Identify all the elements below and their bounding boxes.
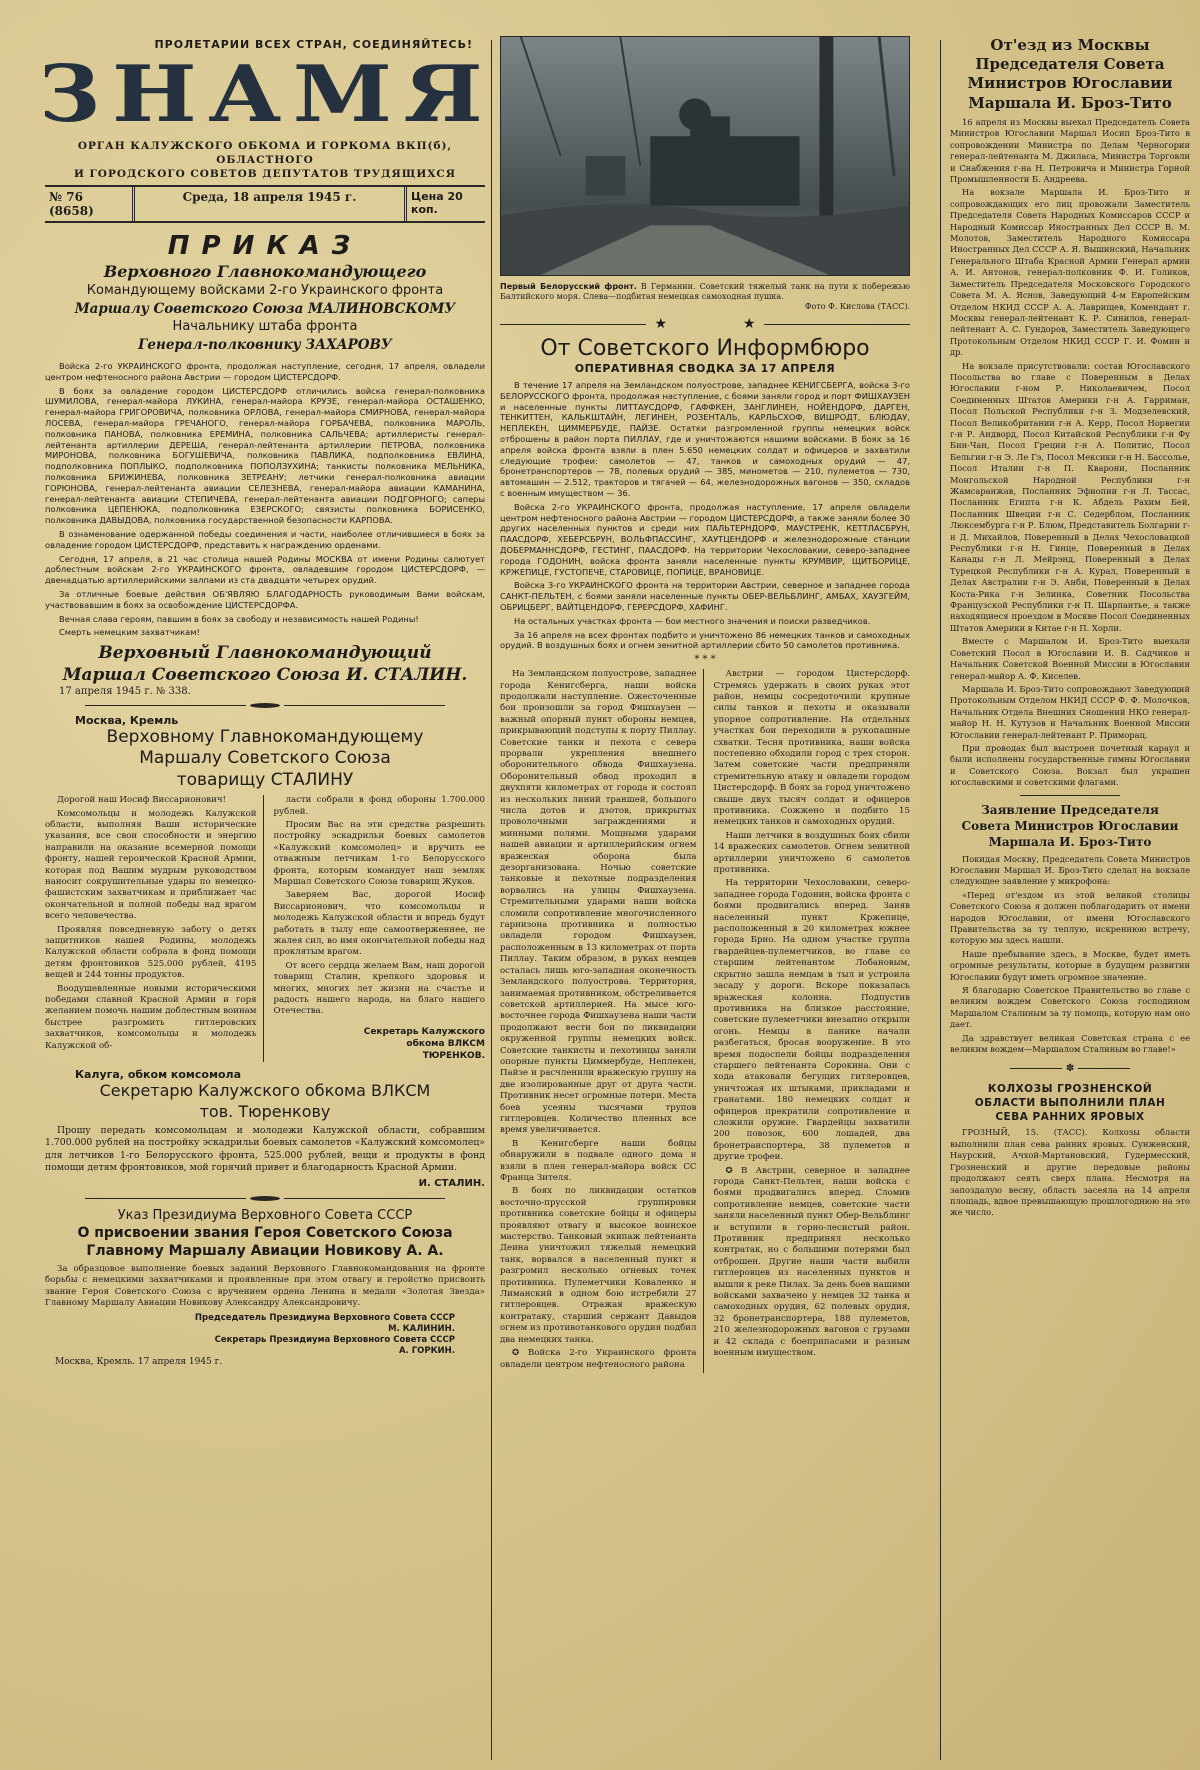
prikaz-addressee: Маршалу Советского Союза МАЛИНОВСКОМУ: [45, 300, 485, 318]
paragraph: На вокзале Маршала И. Броз-Тито и сопров…: [950, 187, 1190, 358]
paragraph: При проводах был выстроен почетный карау…: [950, 743, 1190, 789]
letter-title: Маршалу Советского Союза: [45, 748, 485, 769]
paragraph: ✪ В Австрии, северное и западнее города …: [714, 1166, 911, 1360]
article-title: От'езд из Москвы: [950, 36, 1190, 55]
paragraph: ГРОЗНЫЙ, 15. (ТАСС). Колхозы области вып…: [950, 1127, 1190, 1218]
column-rule: [491, 40, 492, 1760]
paragraph: Войска 2-го УКРАИНСКОГО фронта, продолжа…: [500, 502, 910, 578]
divider: [85, 1196, 445, 1201]
tito-statement-article: Заявление Председателя Совета Министров …: [950, 802, 1190, 1056]
article-body: ГРОЗНЫЙ, 15. (ТАСС). Колхозы области вып…: [950, 1127, 1190, 1218]
reply-signature: И. СТАЛИН.: [45, 1178, 485, 1190]
signature-line: ТЮРЕНКОВ.: [274, 1050, 486, 1062]
paragraph: В боях за овладение городом ЦИСТЕРСДОРФ …: [45, 386, 485, 526]
prikaz-addressee: Командующему войсками 2-го Украинского ф…: [45, 282, 485, 300]
paragraph: Просим Вас на эти средства разрешить пос…: [274, 820, 486, 888]
tito-departure-article: От'езд из Москвы Председателя Совета Мин…: [950, 36, 1190, 789]
paragraph: На Земландском полуострове, западнее гор…: [500, 669, 697, 1137]
paragraph: Проявляя повседневную заботу о детях защ…: [45, 925, 257, 982]
article-body: 16 апреля из Москвы выехал Председатель …: [950, 117, 1190, 789]
ukaz-place-date: Москва, Кремль. 17 апреля 1945 г.: [45, 1357, 485, 1367]
right-column: От'езд из Москвы Председателя Совета Мин…: [950, 36, 1190, 1766]
paragraph: Маршала И. Броз-Тито сопровождают Заведу…: [950, 684, 1190, 741]
paragraph: Покидая Москву, Председатель Совета Мини…: [950, 854, 1190, 888]
prikaz-signature: Маршал Советского Союза И. СТАЛИН.: [45, 664, 485, 686]
issue-date: Среда, 18 апреля 1945 г.: [135, 187, 407, 221]
photo-credit: Фото Ф. Кислова (ТАСС).: [500, 302, 910, 312]
letter-title: товарищу СТАЛИНУ: [45, 769, 485, 791]
paragraph: Австрии — городом Цистерсдорф. Стремясь …: [714, 669, 911, 829]
middle-column: Первый Белорусский фронт. В Германии. Со…: [500, 36, 910, 1766]
signature-line: Председатель Президиума Верховного Совет…: [45, 1313, 455, 1324]
informburo-subtitle: ОПЕРАТИВНАЯ СВОДКА ЗА 17 АПРЕЛЯ: [500, 362, 910, 376]
informburo-summary: В течение 17 апреля на Земландском полуо…: [500, 380, 910, 651]
prikaz-signature: Верховный Главнокомандующий: [45, 642, 485, 664]
paragraph: Заверяем Вас, дорогой Иосиф Виссарионови…: [274, 890, 486, 958]
divider: [1020, 795, 1120, 796]
letter-article: Москва, Кремль Верховному Главнокомандую…: [45, 714, 485, 1062]
paragraph: «Перед от'ездом из этой великой столицы …: [950, 890, 1190, 947]
ukaz-body: За образцовое выполнение боевых заданий …: [45, 1264, 485, 1310]
paragraph: Вместе с Маршалом И. Броз-Тито выехали С…: [950, 636, 1190, 682]
divider: [85, 703, 445, 708]
prikaz-addressee: Начальнику штаба фронта: [45, 318, 485, 336]
paragraph: Наше пребывание здесь, в Москве, будет и…: [950, 949, 1190, 983]
divider: ✽: [1010, 1063, 1130, 1074]
letter-title: Верховному Главнокомандующему: [45, 727, 485, 748]
star-icon: ★: [654, 316, 667, 332]
article-title: Маршала И. Броз-Тито: [950, 834, 1190, 851]
signature-line: М. КАЛИНИН.: [45, 1324, 455, 1335]
article-title: Председателя Совета: [950, 55, 1190, 74]
paragraph: В течение 17 апреля на Земландском полуо…: [500, 380, 910, 499]
reply-body: Прошу передать комсомольцам и молодежи К…: [45, 1125, 485, 1175]
prikaz-body: Войска 2-го УКРАИНСКОГО фронта, продолжа…: [45, 361, 485, 638]
paragraph: За 16 апреля на всех фронтах подбито и у…: [500, 630, 910, 652]
article-title: Совета Министров Югославии: [950, 818, 1190, 834]
newspaper-page: ПРОЛЕТАРИИ ВСЕХ СТРАН, СОЕДИНЯЙТЕСЬ! ЗНА…: [0, 0, 1200, 1770]
prikaz-addressee: Генерал-полковнику ЗАХАРОВУ: [45, 336, 485, 355]
paragraph: Я благодарю Советское Правительство во г…: [950, 985, 1190, 1031]
prikaz-article: ПРИКАЗ Верховного Главнокомандующего Ком…: [45, 231, 485, 697]
prikaz-title: ПРИКАЗ: [45, 231, 485, 261]
article-title: Заявление Председателя: [950, 802, 1190, 818]
separator: * * *: [500, 654, 910, 665]
star-icon: ★: [743, 316, 756, 332]
paragraph: Да здравствует великая Советская страна …: [950, 1033, 1190, 1056]
paragraph: В боях по ликвидации остатков восточно-п…: [500, 1186, 697, 1346]
paragraph: 16 апреля из Москвы выехал Председатель …: [950, 117, 1190, 185]
organ-line: ОРГАН КАЛУЖСКОГО ОБКОМА И ГОРКОМА ВКП(б)…: [45, 139, 485, 167]
letter-body: Дорогой наш Иосиф Виссарионович! Комсомо…: [45, 795, 485, 1062]
paragraph: Дорогой наш Иосиф Виссарионович!: [45, 795, 257, 806]
informburo-title: От Советского Информбюро: [500, 336, 910, 362]
ukaz-title: Главному Маршалу Авиации Новикову А. А.: [45, 1242, 485, 1261]
paragraph: На территории Чехословакии, северо-запад…: [714, 878, 911, 1163]
column-rule: [940, 40, 941, 1760]
paragraph: Смерть немецким захватчикам!: [45, 627, 485, 638]
signature-line: обкома ВЛКСМ: [274, 1038, 486, 1050]
reply-title: Секретарю Калужского обкома ВЛКСМ: [45, 1081, 485, 1101]
letter-place: Москва, Кремль: [45, 714, 485, 727]
organ-line: И ГОРОДСКОГО СОВЕТОВ ДЕПУТАТОВ ТРУДЯЩИХС…: [45, 167, 485, 181]
reply-article: Калуга, обком комсомола Секретарю Калужс…: [45, 1068, 485, 1190]
caption-bold: Первый Белорусский фронт.: [500, 282, 637, 291]
paragraph: На вокзале присутствовали: состав Югосла…: [950, 361, 1190, 635]
paragraph: Прошу передать комсомольцам и молодежи К…: [45, 1125, 485, 1175]
signature-line: Секретарь Калужского: [274, 1026, 486, 1038]
masthead-title: ЗНАМЯ: [45, 51, 485, 139]
reply-title: тов. Тюренкову: [45, 1101, 485, 1122]
letter-signature: Секретарь Калужского обкома ВЛКСМ ТЮРЕНК…: [274, 1026, 486, 1062]
article-title: Министров Югославии: [950, 74, 1190, 93]
issue-bar: № 76 (8658) Среда, 18 апреля 1945 г. Цен…: [45, 185, 485, 223]
ukaz-heading: Указ Президиума Верховного Совета СССР: [45, 1207, 485, 1224]
left-column: ПРОЛЕТАРИИ ВСЕХ СТРАН, СОЕДИНЯЙТЕСЬ! ЗНА…: [45, 30, 485, 1760]
ukaz-title: О присвоении звания Героя Советского Сою…: [45, 1224, 485, 1242]
paragraph: Вечная слава героям, павшим в боях за св…: [45, 614, 485, 625]
informburo-details: На Земландском полуострове, западнее гор…: [500, 669, 910, 1373]
paragraph: На остальных участках фронта — бои местн…: [500, 616, 910, 627]
paragraph: Сегодня, 17 апреля, в 21 час столица наш…: [45, 554, 485, 586]
paragraph: От всего сердца желаем Вам, наш дорогой …: [274, 961, 486, 1018]
signature-line: Секретарь Президиума Верховного Совета С…: [45, 1335, 455, 1346]
paragraph: За отличные боевые действия ОБ'ЯВЛЯЮ БЛА…: [45, 589, 485, 611]
kolkhozy-article: КОЛХОЗЫ ГРОЗНЕНСКОЙ ОБЛАСТИ ВЫПОЛНИЛИ ПЛ…: [950, 1082, 1190, 1218]
article-title: ОБЛАСТИ ВЫПОЛНИЛИ ПЛАН: [950, 1096, 1190, 1110]
article-title: СЕВА РАННИХ ЯРОВЫХ: [950, 1110, 1190, 1124]
photo-caption: Первый Белорусский фронт. В Германии. Со…: [500, 282, 910, 312]
issue-price: Цена 20 коп.: [407, 187, 485, 221]
ukaz-article: Указ Президиума Верховного Совета СССР О…: [45, 1207, 485, 1368]
paragraph: Наши летчики в воздушных боях сбили 14 в…: [714, 831, 911, 877]
paragraph: За образцовое выполнение боевых заданий …: [45, 1264, 485, 1310]
paragraph: Комсомольцы и молодежь Калужской области…: [45, 809, 257, 923]
ornament-icon: ✽: [1066, 1063, 1074, 1074]
paragraph: ✪ Войска 2-го Украинского фронта овладел…: [500, 1348, 697, 1371]
issue-number: № 76 (8658): [45, 187, 135, 221]
paragraph: Воодушевленные новыми историческими побе…: [45, 984, 257, 1052]
paragraph: Войска 2-го УКРАИНСКОГО фронта, продолжа…: [45, 361, 485, 383]
informburo-article: От Советского Информбюро ОПЕРАТИВНАЯ СВО…: [500, 336, 910, 1373]
ukaz-signatures: Председатель Президиума Верховного Совет…: [45, 1313, 485, 1357]
article-body: Покидая Москву, Председатель Совета Мини…: [950, 854, 1190, 1056]
signature-line: А. ГОРКИН.: [45, 1346, 455, 1357]
paragraph: ласти собрали в фонд обороны 1.700.000 р…: [274, 795, 486, 818]
star-divider: ★★: [500, 316, 910, 332]
reply-place: Калуга, обком комсомола: [45, 1068, 485, 1081]
paragraph: В Кенигсберге наши бойцы обнаружили в по…: [500, 1139, 697, 1185]
article-title: КОЛХОЗЫ ГРОЗНЕНСКОЙ: [950, 1082, 1190, 1096]
paragraph: В ознаменование одержанной победы соедин…: [45, 529, 485, 551]
prikaz-subtitle: Верховного Главнокомандующего: [45, 261, 485, 282]
prikaz-order-date: 17 апреля 1945 г. № 338.: [45, 686, 485, 697]
paragraph: Войска 3-го УКРАИНСКОГО фронта на террит…: [500, 580, 910, 612]
article-title: Маршала И. Броз-Тито: [950, 93, 1190, 113]
tank-photo: [500, 36, 910, 276]
